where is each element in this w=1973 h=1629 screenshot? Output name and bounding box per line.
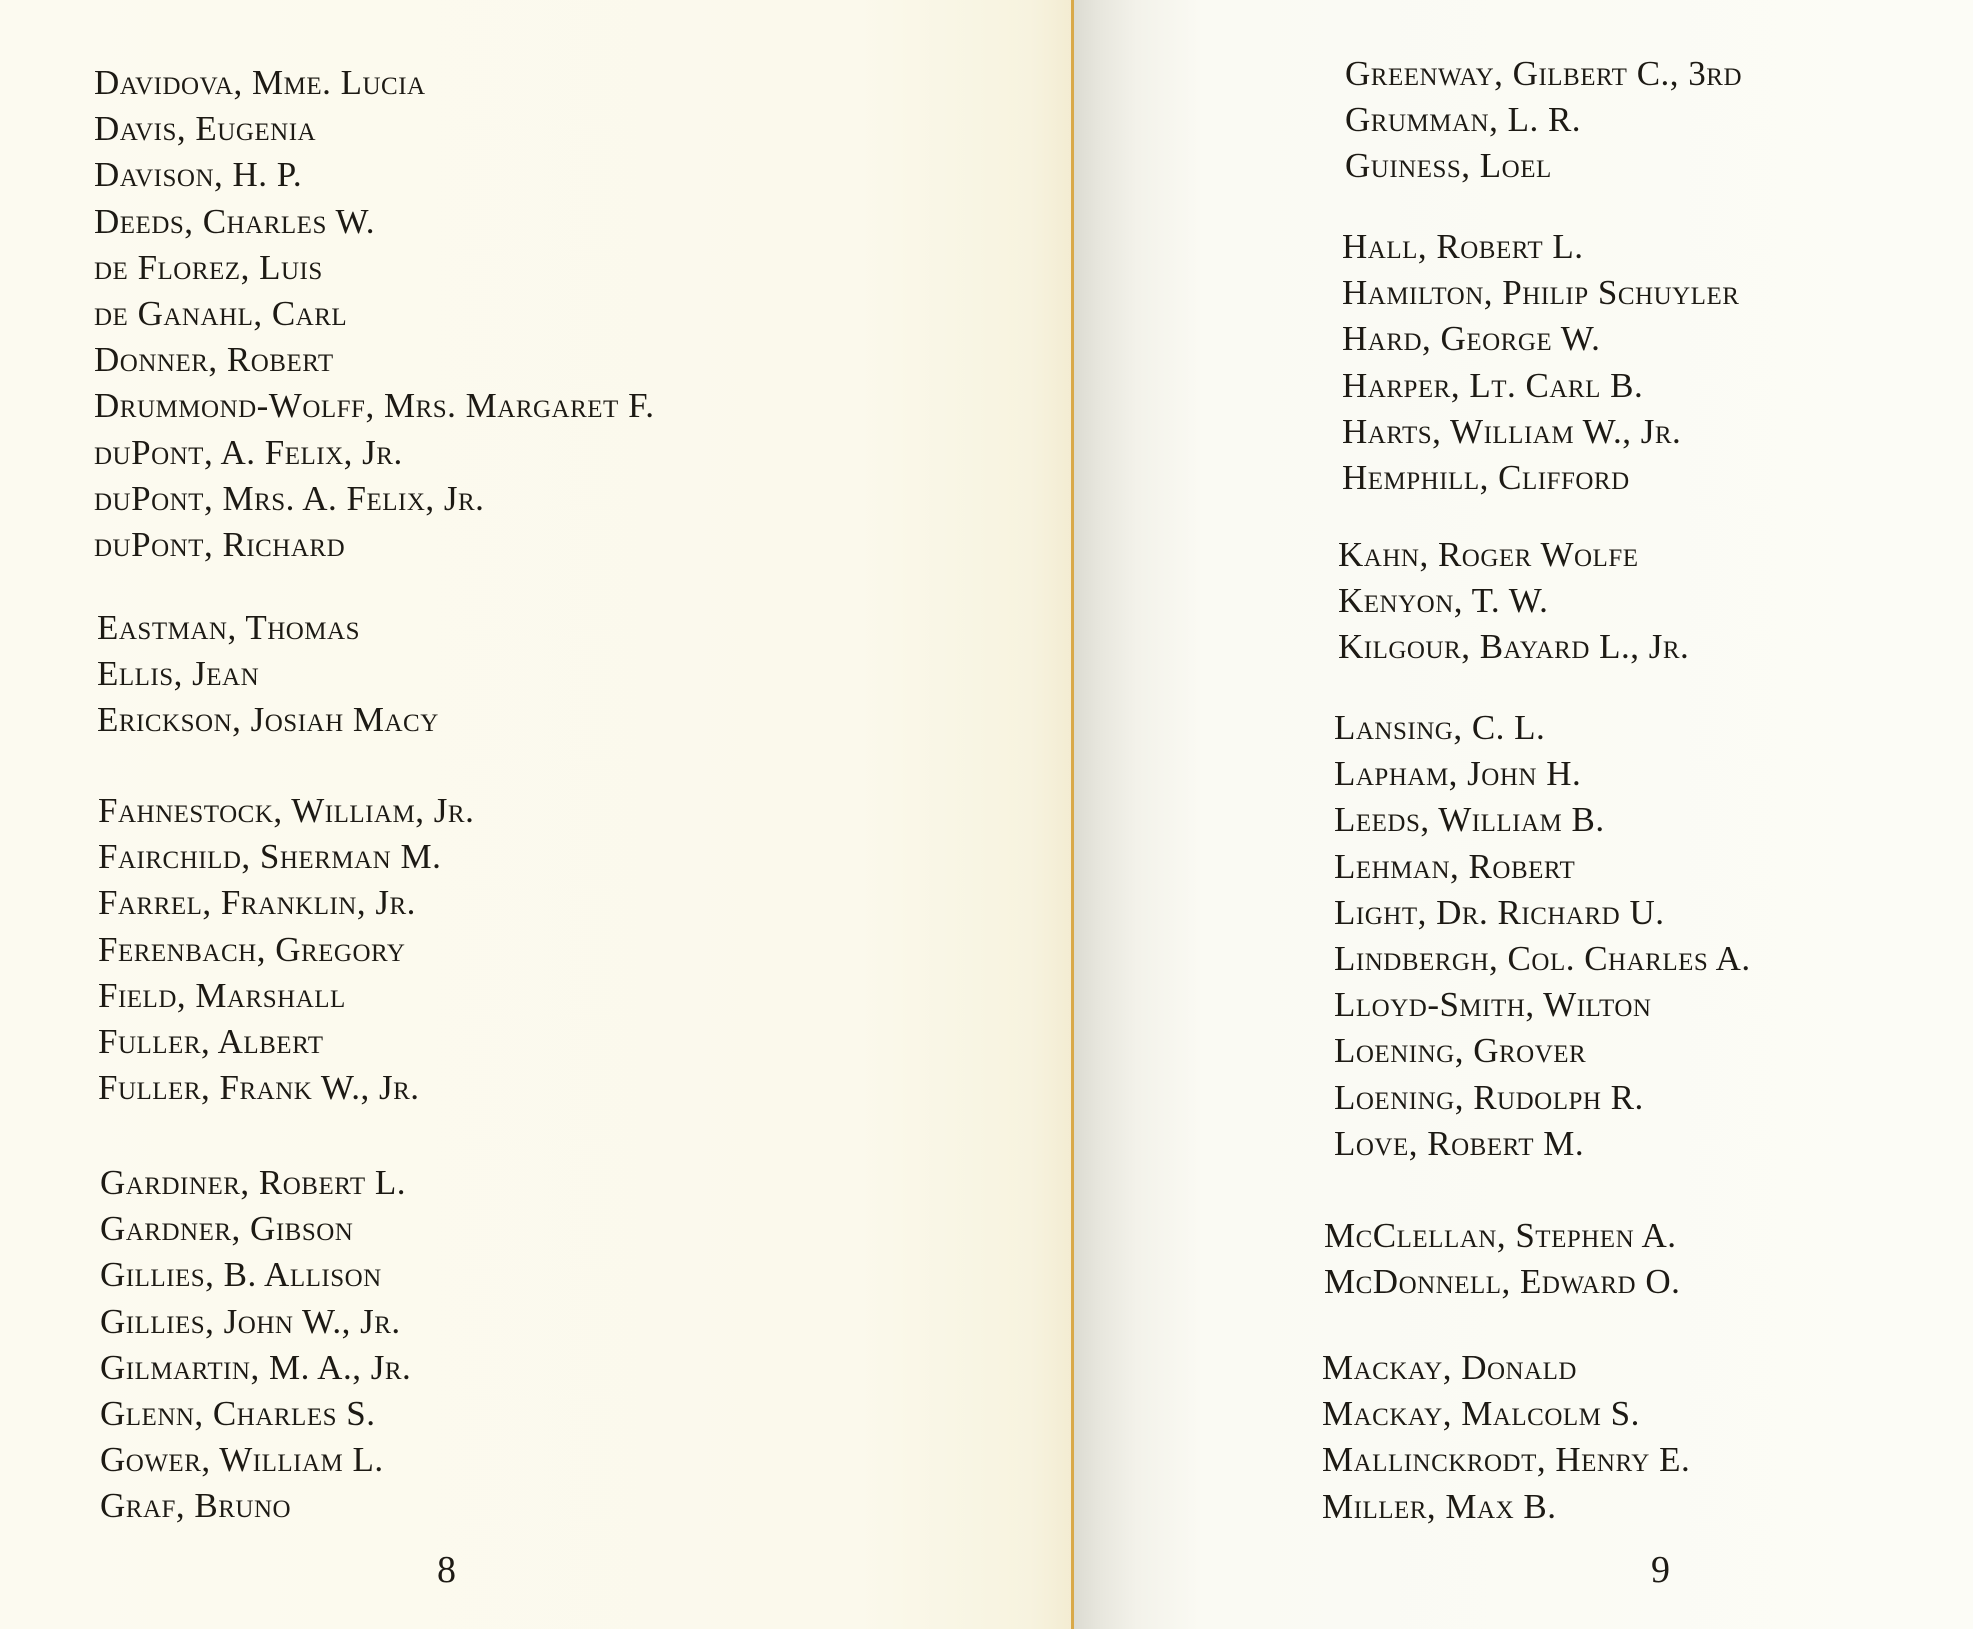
list-item: Field, Marshall [98, 973, 474, 1019]
right-page: Greenway, Gilbert C., 3rd Grumman, L. R.… [1074, 0, 1973, 1629]
list-item: Glenn, Charles S. [100, 1391, 411, 1437]
list-item: Harts, William W., Jr. [1342, 409, 1739, 455]
name-group-l: Lansing, C. L. Lapham, John H. Leeds, Wi… [1334, 705, 1751, 1167]
list-item: Hamilton, Philip Schuyler [1342, 270, 1739, 316]
name-group-mc: McClellan, Stephen A. McDonnell, Edward … [1324, 1213, 1680, 1305]
list-item: Mackay, Donald [1322, 1345, 1690, 1391]
list-item: Lapham, John H. [1334, 751, 1751, 797]
name-group-g-cont: Greenway, Gilbert C., 3rd Grumman, L. R.… [1345, 51, 1742, 190]
list-item: McClellan, Stephen A. [1324, 1213, 1680, 1259]
list-item: McDonnell, Edward O. [1324, 1259, 1680, 1305]
name-group-d: Davidova, Mme. Lucia Davis, Eugenia Davi… [94, 60, 655, 568]
list-item: Mallinckrodt, Henry E. [1322, 1437, 1690, 1483]
list-item: Loening, Grover [1334, 1028, 1751, 1074]
list-item: Lansing, C. L. [1334, 705, 1751, 751]
list-item: Hard, George W. [1342, 316, 1739, 362]
list-item: Love, Robert M. [1334, 1121, 1751, 1167]
name-group-f: Fahnestock, William, Jr. Fairchild, Sher… [98, 788, 474, 1111]
page-number: 8 [437, 1548, 456, 1592]
list-item: Light, Dr. Richard U. [1334, 890, 1751, 936]
list-item: de Florez, Luis [94, 245, 655, 291]
list-item: Kahn, Roger Wolfe [1338, 532, 1689, 578]
list-item: Mackay, Malcolm S. [1322, 1391, 1690, 1437]
list-item: Fahnestock, William, Jr. [98, 788, 474, 834]
list-item: Miller, Max B. [1322, 1484, 1690, 1530]
list-item: Donner, Robert [94, 337, 655, 383]
page-number: 9 [1651, 1548, 1670, 1592]
list-item: Ellis, Jean [97, 651, 439, 697]
list-item: Fuller, Albert [98, 1019, 474, 1065]
list-item: Gower, William L. [100, 1437, 411, 1483]
list-item: de Ganahl, Carl [94, 291, 655, 337]
list-item: Gardner, Gibson [100, 1206, 411, 1252]
list-item: Gardiner, Robert L. [100, 1160, 411, 1206]
name-group-g: Gardiner, Robert L. Gardner, Gibson Gill… [100, 1160, 411, 1530]
name-group-e: Eastman, Thomas Ellis, Jean Erickson, Jo… [97, 605, 439, 744]
list-item: Farrel, Franklin, Jr. [98, 880, 474, 926]
name-group-h: Hall, Robert L. Hamilton, Philip Schuyle… [1342, 224, 1739, 501]
list-item: Graf, Bruno [100, 1483, 411, 1529]
list-item: Leeds, William B. [1334, 797, 1751, 843]
list-item: Lindbergh, Col. Charles A. [1334, 936, 1751, 982]
list-item: Kilgour, Bayard L., Jr. [1338, 624, 1689, 670]
list-item: Hemphill, Clifford [1342, 455, 1739, 501]
list-item: Davison, H. P. [94, 152, 655, 198]
list-item: Gillies, John W., Jr. [100, 1299, 411, 1345]
list-item: Loening, Rudolph R. [1334, 1075, 1751, 1121]
list-item: Eastman, Thomas [97, 605, 439, 651]
list-item: Drummond-Wolff, Mrs. Margaret F. [94, 383, 655, 429]
list-item: Harper, Lt. Carl B. [1342, 363, 1739, 409]
left-page: Davidova, Mme. Lucia Davis, Eugenia Davi… [0, 0, 1073, 1629]
list-item: Kenyon, T. W. [1338, 578, 1689, 624]
list-item: Grumman, L. R. [1345, 97, 1742, 143]
list-item: Erickson, Josiah Macy [97, 697, 439, 743]
list-item: Davidova, Mme. Lucia [94, 60, 655, 106]
list-item: Fuller, Frank W., Jr. [98, 1065, 474, 1111]
list-item: Lehman, Robert [1334, 844, 1751, 890]
list-item: Gilmartin, M. A., Jr. [100, 1345, 411, 1391]
list-item: Davis, Eugenia [94, 106, 655, 152]
list-item: Fairchild, Sherman M. [98, 834, 474, 880]
list-item: duPont, A. Felix, Jr. [94, 430, 655, 476]
list-item: Lloyd-Smith, Wilton [1334, 982, 1751, 1028]
name-group-m: Mackay, Donald Mackay, Malcolm S. Mallin… [1322, 1345, 1690, 1530]
name-group-k: Kahn, Roger Wolfe Kenyon, T. W. Kilgour,… [1338, 532, 1689, 671]
list-item: Gillies, B. Allison [100, 1252, 411, 1298]
list-item: Greenway, Gilbert C., 3rd [1345, 51, 1742, 97]
list-item: Hall, Robert L. [1342, 224, 1739, 270]
list-item: Guiness, Loel [1345, 143, 1742, 189]
list-item: Deeds, Charles W. [94, 199, 655, 245]
list-item: duPont, Mrs. A. Felix, Jr. [94, 476, 655, 522]
list-item: duPont, Richard [94, 522, 655, 568]
list-item: Ferenbach, Gregory [98, 927, 474, 973]
